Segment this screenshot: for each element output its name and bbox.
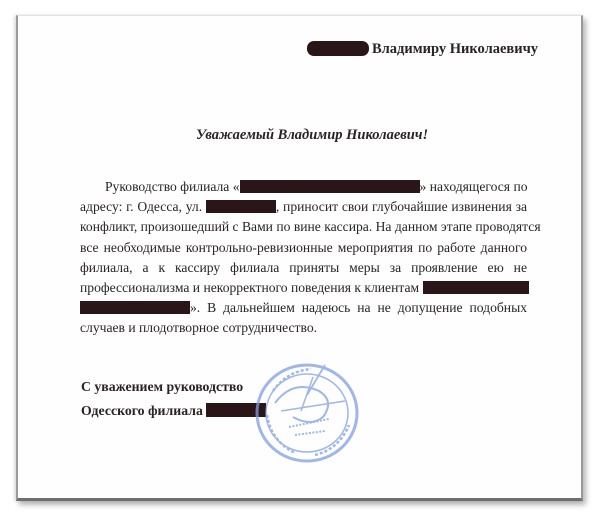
- redacted-client-name-1: [423, 281, 529, 294]
- official-stamp-icon: [253, 361, 361, 465]
- body-line-1: Руководство филиала «» находящегося по: [80, 177, 527, 197]
- closing-line-2: Одесского филиала: [81, 403, 266, 419]
- redacted-surname: [307, 41, 369, 56]
- redacted-street: [206, 200, 276, 213]
- redacted-client-name-2: [80, 301, 190, 314]
- letter-body: Руководство филиала «» находящегося по а…: [80, 177, 527, 339]
- body-line-2: адресу: г. Одесса, ул. , приносит свои г…: [80, 197, 527, 217]
- closing-line-1: С уважением руководство: [81, 379, 243, 395]
- body-line-6: профессионализма и некорректного поведен…: [80, 278, 527, 298]
- addressee-line: Владимиру Николаевичу: [307, 41, 538, 58]
- body-line-8: случаев и плодотворное сотрудничество.: [80, 318, 527, 338]
- greeting: Уважаемый Владимир Николаевич!: [196, 127, 428, 144]
- body-line-3: конфликт, произошедший с Вами по вине ка…: [80, 217, 527, 237]
- body-line-4: все необходимые контрольно-ревизионные м…: [80, 238, 527, 258]
- body-line-5: филиала, а к кассиру филиала приняты мер…: [80, 258, 527, 278]
- redacted-branch-name: [240, 180, 420, 193]
- body-line-7: ». В дальнейшем надеюсь на не допущение …: [80, 298, 527, 318]
- addressee-name: Владимиру Николаевичу: [372, 41, 538, 57]
